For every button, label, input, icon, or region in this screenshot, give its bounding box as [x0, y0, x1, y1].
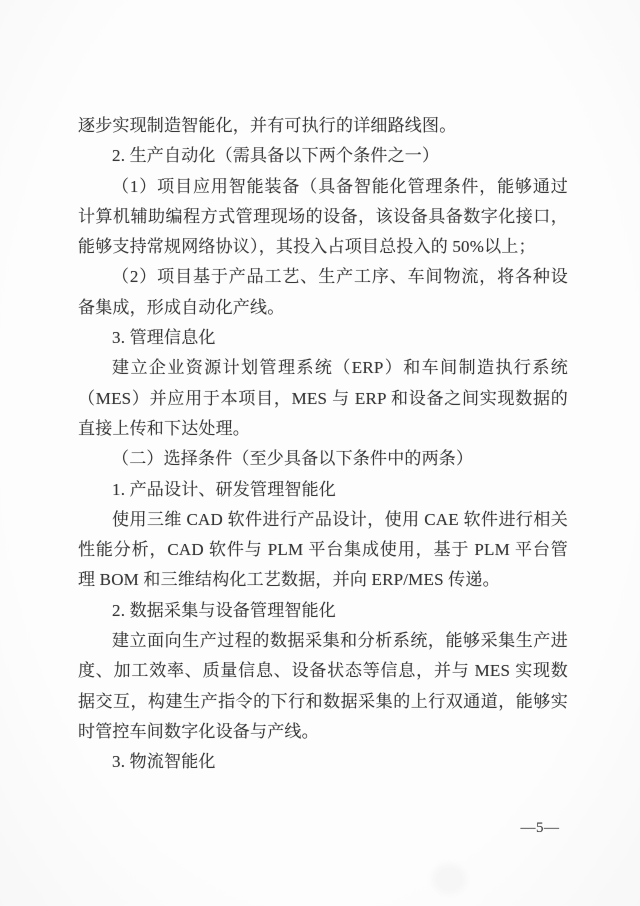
- page-number: —5—: [514, 820, 566, 837]
- text-line: 2. 生产自动化（需具备以下两个条件之一）: [78, 141, 568, 171]
- text-line: （2）项目基于产品工艺、生产工序、车间物流，将各种设: [78, 262, 568, 292]
- text-line: 建立面向生产过程的数据采集和分析系统，能够采集生产进: [78, 626, 568, 656]
- text-line: 能够支持常规网络协议），其投入占项目总投入的 50%以上；: [78, 232, 568, 262]
- text-line: 2. 数据采集与设备管理智能化: [78, 596, 568, 626]
- text-line: 据交互，构建生产指令的下行和数据采集的上行双通道，能够实: [78, 687, 568, 717]
- text-line: 直接上传和下达处理。: [78, 414, 568, 444]
- text-line: 3. 物流智能化: [78, 747, 568, 777]
- text-line: 度、加工效率、质量信息、设备状态等信息，并与 MES 实现数: [78, 656, 568, 686]
- text-line: 计算机辅助编程方式管理现场的设备，该设备具备数字化接口，: [78, 202, 568, 232]
- text-line: 建立企业资源计划管理系统（ERP）和车间制造执行系统: [78, 353, 568, 383]
- text-line: 逐步实现制造智能化，并有可执行的详细路线图。: [78, 111, 568, 141]
- document-body: 逐步实现制造智能化，并有可执行的详细路线图。2. 生产自动化（需具备以下两个条件…: [78, 111, 568, 778]
- text-line: （MES）并应用于本项目，MES 与 ERP 和设备之间实现数据的: [78, 384, 568, 414]
- text-line: （二）选择条件（至少具备以下条件中的两条）: [78, 444, 568, 474]
- text-line: 3. 管理信息化: [78, 323, 568, 353]
- text-line: 1. 产品设计、研发管理智能化: [78, 475, 568, 505]
- text-line: （1）项目应用智能装备（具备智能化管理条件，能够通过: [78, 172, 568, 202]
- text-line: 性能分析，CAD 软件与 PLM 平台集成使用，基于 PLM 平台管: [78, 535, 568, 565]
- text-line: 使用三维 CAD 软件进行产品设计，使用 CAE 软件进行相关: [78, 505, 568, 535]
- document-page: 逐步实现制造智能化，并有可执行的详细路线图。2. 生产自动化（需具备以下两个条件…: [0, 0, 640, 906]
- text-line: 理 BOM 和三维结构化工艺数据，并向 ERP/MES 传递。: [78, 565, 568, 595]
- text-line: 备集成，形成自动化产线。: [78, 293, 568, 323]
- scan-smudge: [432, 864, 466, 894]
- text-line: 时管控车间数字化设备与产线。: [78, 717, 568, 747]
